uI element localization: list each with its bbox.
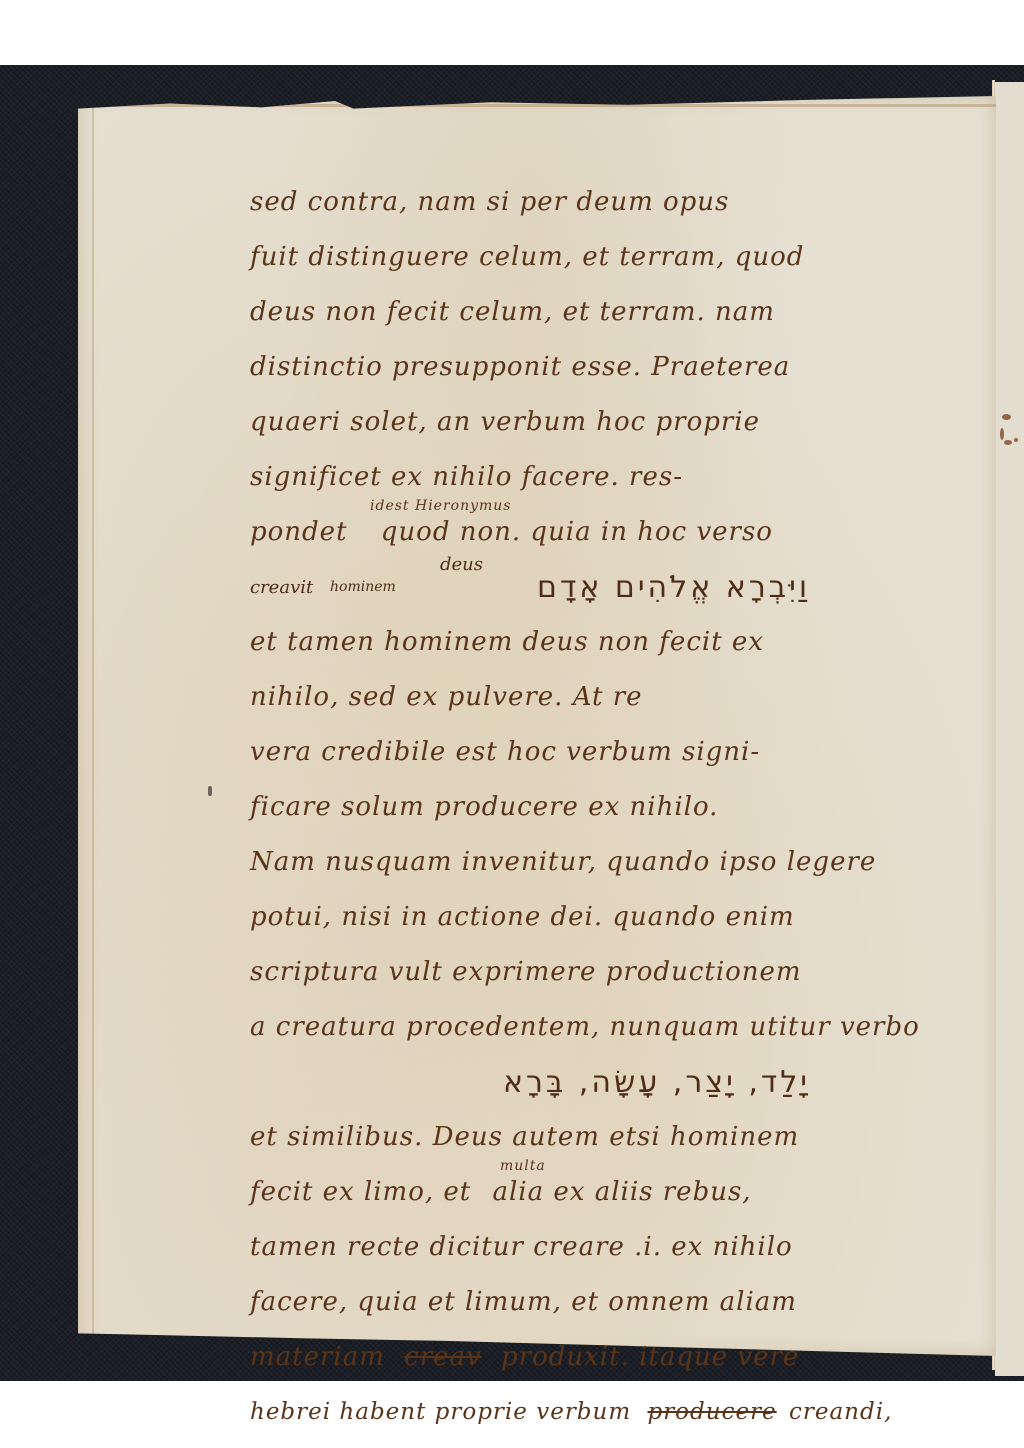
paper-speck xyxy=(208,786,212,796)
line-start: hebrei habent proprie verbum xyxy=(250,1399,631,1425)
text-line: quaeri solet, an verbum hoc proprie xyxy=(250,395,810,450)
interlinear-gloss: deus xyxy=(440,558,483,572)
text-line: et tamen hominem deus non fecit ex xyxy=(250,615,810,670)
hebrew-quotation-line: יָלַד, יָצַר, עָשָׂה, בָּרָא xyxy=(250,1055,810,1110)
hebrew-text: וַיִּבְרָא אֱלֹהִים אָדָם xyxy=(537,560,810,615)
manuscript-text-block: sed contra, nam si per deum opus fuit di… xyxy=(250,175,810,1440)
struck-word: producere xyxy=(647,1399,776,1425)
interlinear-gloss: hominem xyxy=(330,560,396,615)
interlinear-gloss: idest Hieronymus xyxy=(370,499,511,513)
line-rest: produxit. itaque vere xyxy=(501,1342,799,1372)
text-line: tamen recte dicitur creare .i. ex nihilo xyxy=(250,1220,810,1275)
hebrew-quotation-line: creavit deus hominem וַיִּבְרָא אֱלֹהִים… xyxy=(250,560,810,615)
line-rest: quod non. quia in hoc verso xyxy=(381,517,773,547)
text-line: distinctio presupponit esse. Praeterea xyxy=(250,340,810,395)
text-line: et similibus. Deus autem etsi hominem xyxy=(250,1110,810,1165)
line-start: fecit ex limo, et xyxy=(250,1177,471,1207)
text-line: scriptura vult exprimere productionem xyxy=(250,945,810,1000)
struck-word: creav xyxy=(404,1342,482,1372)
text-line-with-gloss: fecit ex limo, et multa alia ex aliis re… xyxy=(250,1165,810,1220)
text-line: a creatura procedentem, nunquam utitur v… xyxy=(250,1000,810,1055)
text-line: nihilo, sed ex pulvere. At re xyxy=(250,670,810,725)
latin-margin-word: creavit xyxy=(250,560,313,615)
text-line: potui, nisi in actione dei. quando enim xyxy=(250,890,810,945)
hebrew-text: יָלַד, יָצַר, עָשָׂה, בָּרָא xyxy=(503,1065,810,1100)
facing-page-edge xyxy=(995,82,1024,1376)
text-line: fuit distinguere celum, et terram, quod xyxy=(250,230,810,285)
text-line: ficare solum producere ex nihilo. xyxy=(250,780,810,835)
text-line-with-gloss: pondet idest Hieronymus quod non. quia i… xyxy=(250,505,810,560)
line-rest: creandi, xyxy=(789,1399,892,1425)
line-start: materiam xyxy=(250,1342,385,1372)
text-line: vera credibile est hoc verbum signi- xyxy=(250,725,810,780)
text-line: sed contra, nam si per deum opus xyxy=(250,175,810,230)
text-line-with-deletion: materiam creav produxit. itaque vere xyxy=(250,1330,810,1385)
interlinear-gloss: multa xyxy=(500,1159,546,1173)
text-line: facere, quia et limum, et omnem aliam xyxy=(250,1275,810,1330)
text-line: deus non fecit celum, et terram. nam xyxy=(250,285,810,340)
line-start: pondet xyxy=(250,517,348,547)
text-line: Nam nusquam invenitur, quando ipso leger… xyxy=(250,835,810,890)
text-line-with-deletion: hebrei habent proprie verbum producere c… xyxy=(250,1385,810,1440)
line-rest: alia ex aliis rebus, xyxy=(492,1177,751,1207)
page-fold-left xyxy=(92,108,94,1338)
text-line: significet ex nihilo facere. res- xyxy=(250,450,810,505)
